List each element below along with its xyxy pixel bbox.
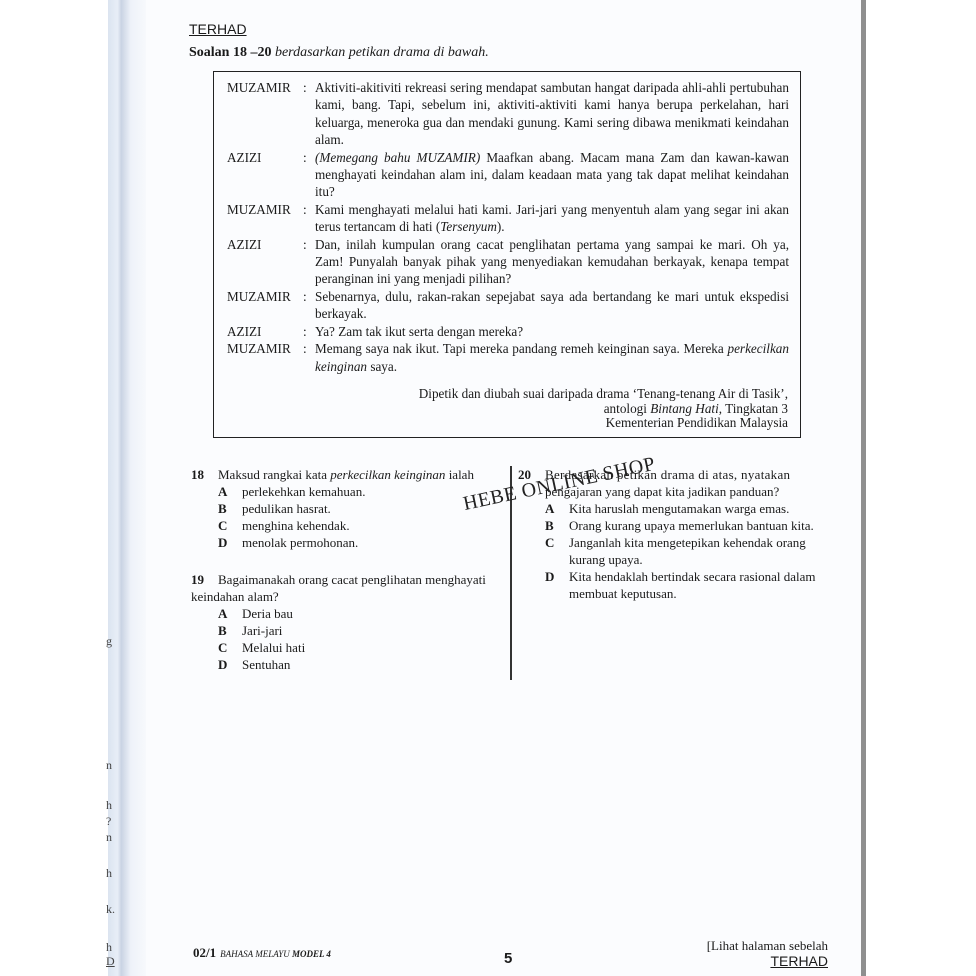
answer-option[interactable]: BJari-jari: [218, 622, 282, 639]
answer-option[interactable]: BOrang kurang upaya memerlukan bantuan k…: [545, 517, 814, 534]
answer-option[interactable]: DKita hendaklah bertindak secara rasiona…: [545, 568, 816, 585]
dialogue-line: MUZAMIR: Sebenarnya, dulu, rakan-rakan s…: [227, 288, 789, 323]
question-18: 18 Maksud rangkai kata perkecilkan keing…: [191, 466, 511, 566]
speech-text: (Memegang bahu MUZAMIR) Maafkan abang. M…: [315, 149, 789, 201]
speech-text: Memang saya nak ikut. Tapi mereka pandan…: [315, 340, 789, 375]
speaker-name: AZIZI: [227, 236, 303, 288]
drama-dialogue: MUZAMIR: Aktiviti-akitiviti rekreasi ser…: [227, 79, 789, 375]
question-number: 18: [191, 466, 204, 483]
bleed-through-letter: D: [106, 954, 115, 969]
previous-page-margin: [0, 0, 108, 976]
speaker-name: AZIZI: [227, 323, 303, 340]
speaker-name: MUZAMIR: [227, 288, 303, 323]
dialogue-line: AZIZI: Ya? Zam tak ikut serta dengan mer…: [227, 323, 789, 340]
page-number: 5: [504, 950, 512, 967]
answer-option[interactable]: DSentuhan: [218, 656, 290, 673]
section-instruction: Soalan 18 –20 berdasarkan petikan drama …: [189, 45, 489, 61]
answer-option[interactable]: CJanganlah kita mengetepikan kehendak or…: [545, 534, 806, 551]
speech-text: Ya? Zam tak ikut serta dengan mereka?: [315, 323, 789, 340]
dialogue-line: MUZAMIR: Kami menghayati melalui hati ka…: [227, 201, 789, 236]
bleed-through-letter: h: [106, 798, 112, 813]
speaker-name: MUZAMIR: [227, 340, 303, 375]
answer-option[interactable]: Bpedulikan hasrat.: [218, 500, 331, 517]
speaker-name: MUZAMIR: [227, 79, 303, 149]
speech-text: Dan, inilah kumpulan orang cacat penglih…: [315, 236, 789, 288]
question-text: Maksud rangkai kata perkecilkan keingina…: [218, 466, 474, 483]
bleed-through-letter: n: [106, 830, 112, 845]
dialogue-line: AZIZI: (Memegang bahu MUZAMIR) Maafkan a…: [227, 149, 789, 201]
answer-option[interactable]: CMelalui hati: [218, 639, 305, 656]
answer-option[interactable]: Dmenolak permohonan.: [218, 534, 358, 551]
bleed-through-letter: h: [106, 866, 112, 881]
answer-option[interactable]: Aperlekehkan kemahuan.: [218, 483, 365, 500]
dialogue-line: AZIZI: Dan, inilah kumpulan orang cacat …: [227, 236, 789, 288]
passage-source: Dipetik dan diubah suai daripada drama ‘…: [419, 387, 788, 431]
classification-header: TERHAD: [189, 21, 247, 37]
paper-code: 02/1BAHASA MELAYU MODEL 4: [193, 945, 331, 961]
speech-text: Aktiviti-akitiviti rekreasi sering menda…: [315, 79, 789, 149]
question-text: Bagaimanakah orang cacat penglihatan men…: [218, 571, 486, 588]
book-spine: [108, 0, 146, 976]
bleed-through-letter: k.: [106, 902, 115, 917]
classification-footer: TERHAD: [770, 953, 828, 969]
bleed-through-letter: g: [106, 634, 112, 649]
answer-option[interactable]: AKita haruslah mengutamakan warga emas.: [545, 500, 789, 517]
question-number: 19: [191, 571, 204, 588]
next-page-note: [Lihat halaman sebelah: [707, 938, 828, 954]
bleed-through-letter: ?: [106, 814, 111, 829]
speaker-name: AZIZI: [227, 149, 303, 201]
speech-text: Kami menghayati melalui hati kami. Jari-…: [315, 201, 789, 236]
dialogue-line: MUZAMIR: Memang saya nak ikut. Tapi mere…: [227, 340, 789, 375]
speaker-name: MUZAMIR: [227, 201, 303, 236]
question-text: keindahan alam?: [191, 588, 279, 605]
dialogue-line: MUZAMIR: Aktiviti-akitiviti rekreasi ser…: [227, 79, 789, 149]
question-19: 19 Bagaimanakah orang cacat penglihatan …: [191, 571, 511, 681]
bleed-through-letter: h: [106, 940, 112, 955]
answer-option[interactable]: ADeria bau: [218, 605, 293, 622]
bleed-through-letter: n: [106, 758, 112, 773]
answer-option[interactable]: Cmenghina kehendak.: [218, 517, 350, 534]
speech-text: Sebenarnya, dulu, rakan-rakan sepejabat …: [315, 288, 789, 323]
